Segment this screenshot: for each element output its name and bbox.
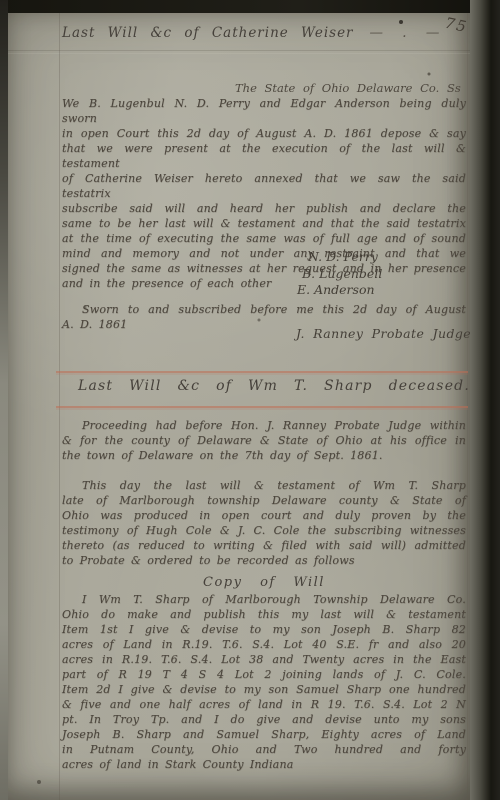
witness-signature: B. Lugenbell [302,266,382,283]
will-paragraph: I Wm T. Sharp of Marlborough Township De… [62,592,466,772]
text-line: We B. Lugenbul N. D. Perry and Edgar And… [62,96,466,126]
text-line: I Wm T. Sharp of Marlborough Township De… [62,592,466,607]
text-line: signed the same as witnesses at her requ… [62,261,466,276]
red-rule-bottom [56,406,468,408]
ink-specks [8,13,10,15]
text-line: & for the county of Delaware & State of … [62,433,466,448]
page-crease [8,50,470,54]
text-line: mind and memory and not under any restra… [62,246,466,261]
text-line: Item 1st I give & devise to my son Josep… [62,622,466,637]
judge-signature: J. Ranney Probate Judge [296,326,471,341]
court-caption: The State of Ohio Delaware Co. Ss [235,81,461,95]
book-gutter-shadow [470,0,500,800]
text-line: part of R 19 T 4 S 4 Lot 2 joining lands… [62,667,466,682]
entry-heading-sharp: Last Will &c of Wm T. Sharp deceased. [78,378,470,394]
ledger-page: 75 Last Will &c of Catherine Weiser— . —… [8,13,470,800]
entry-heading-weiser-text: Last Will &c of Catherine Weiser [62,25,354,41]
witness-signatures: N. D. Perry B. Lugenbell E. Anderson [308,249,382,299]
text-line: at the time of executing the same was of… [62,231,466,246]
text-line: that we were present at the execution of… [62,141,466,171]
witness-signature: E. Anderson [297,282,382,299]
text-line: testimony of Hugh Cole & J. C. Cole the … [62,523,466,538]
red-rule-top [56,371,468,373]
text-line: Ohio do make and publish this my last wi… [62,607,466,622]
text-line: acres of Land in R.19. T.6. S.4. Lot 40 … [62,637,466,652]
probate-paragraph: This day the last will & testament of Wm… [62,478,466,568]
text-line: Proceeding had before Hon. J. Ranney Pro… [62,418,466,433]
text-line: & five and one half acres of land in R 1… [62,697,466,712]
text-line: same to be her last will & testament and… [62,216,466,231]
text-line: Joseph B. Sharp and Samuel Sharp, Eighty… [62,727,466,742]
text-line: in Putnam County, Ohio and Two hundred a… [62,742,466,757]
proceeding-paragraph: Proceeding had before Hon. J. Ranney Pro… [62,418,466,463]
text-line: Ohio was produced in open court and duly… [62,508,466,523]
page-number: 75 [443,14,469,36]
text-line: in open Court this 2d day of August A. D… [62,126,466,141]
witness-signature: N. D. Perry [308,249,382,266]
text-line: thereto (as reduced to writing & filed w… [62,538,466,553]
book-left-edge [0,0,8,800]
heading-dash: — . — [370,25,444,41]
text-line: acres in R.19. T.6. S.4. Lot 38 and Twen… [62,652,466,667]
photo-top-edge [0,0,500,13]
text-line: of Catherine Weiser hereto annexed that … [62,171,466,201]
text-line: late of Marlborough township Delaware co… [62,493,466,508]
text-line: to Probate & ordered to be recorded as f… [62,553,466,568]
text-line: Item 2d I give & devise to my son Samuel… [62,682,466,697]
entry-heading-weiser: Last Will &c of Catherine Weiser— . — [62,25,442,41]
affidavit-paragraph: We B. Lugenbul N. D. Perry and Edgar And… [62,96,466,291]
text-line: Sworn to and subscribed before me this 2… [62,302,466,317]
text-line: pt. In Troy Tp. and I do give and devise… [62,712,466,727]
text-line: acres of land in Stark County Indiana [62,757,466,772]
text-line: and in the presence of each other [62,276,466,291]
text-line: This day the last will & testament of Wm… [62,478,466,493]
text-line: the town of Delaware on the 7th day of S… [62,448,466,463]
copy-of-will-heading: Copy of Will [62,575,466,590]
photo-background: 75 Last Will &c of Catherine Weiser— . —… [0,0,500,800]
text-line: subscribe said will and heard her publis… [62,201,466,216]
